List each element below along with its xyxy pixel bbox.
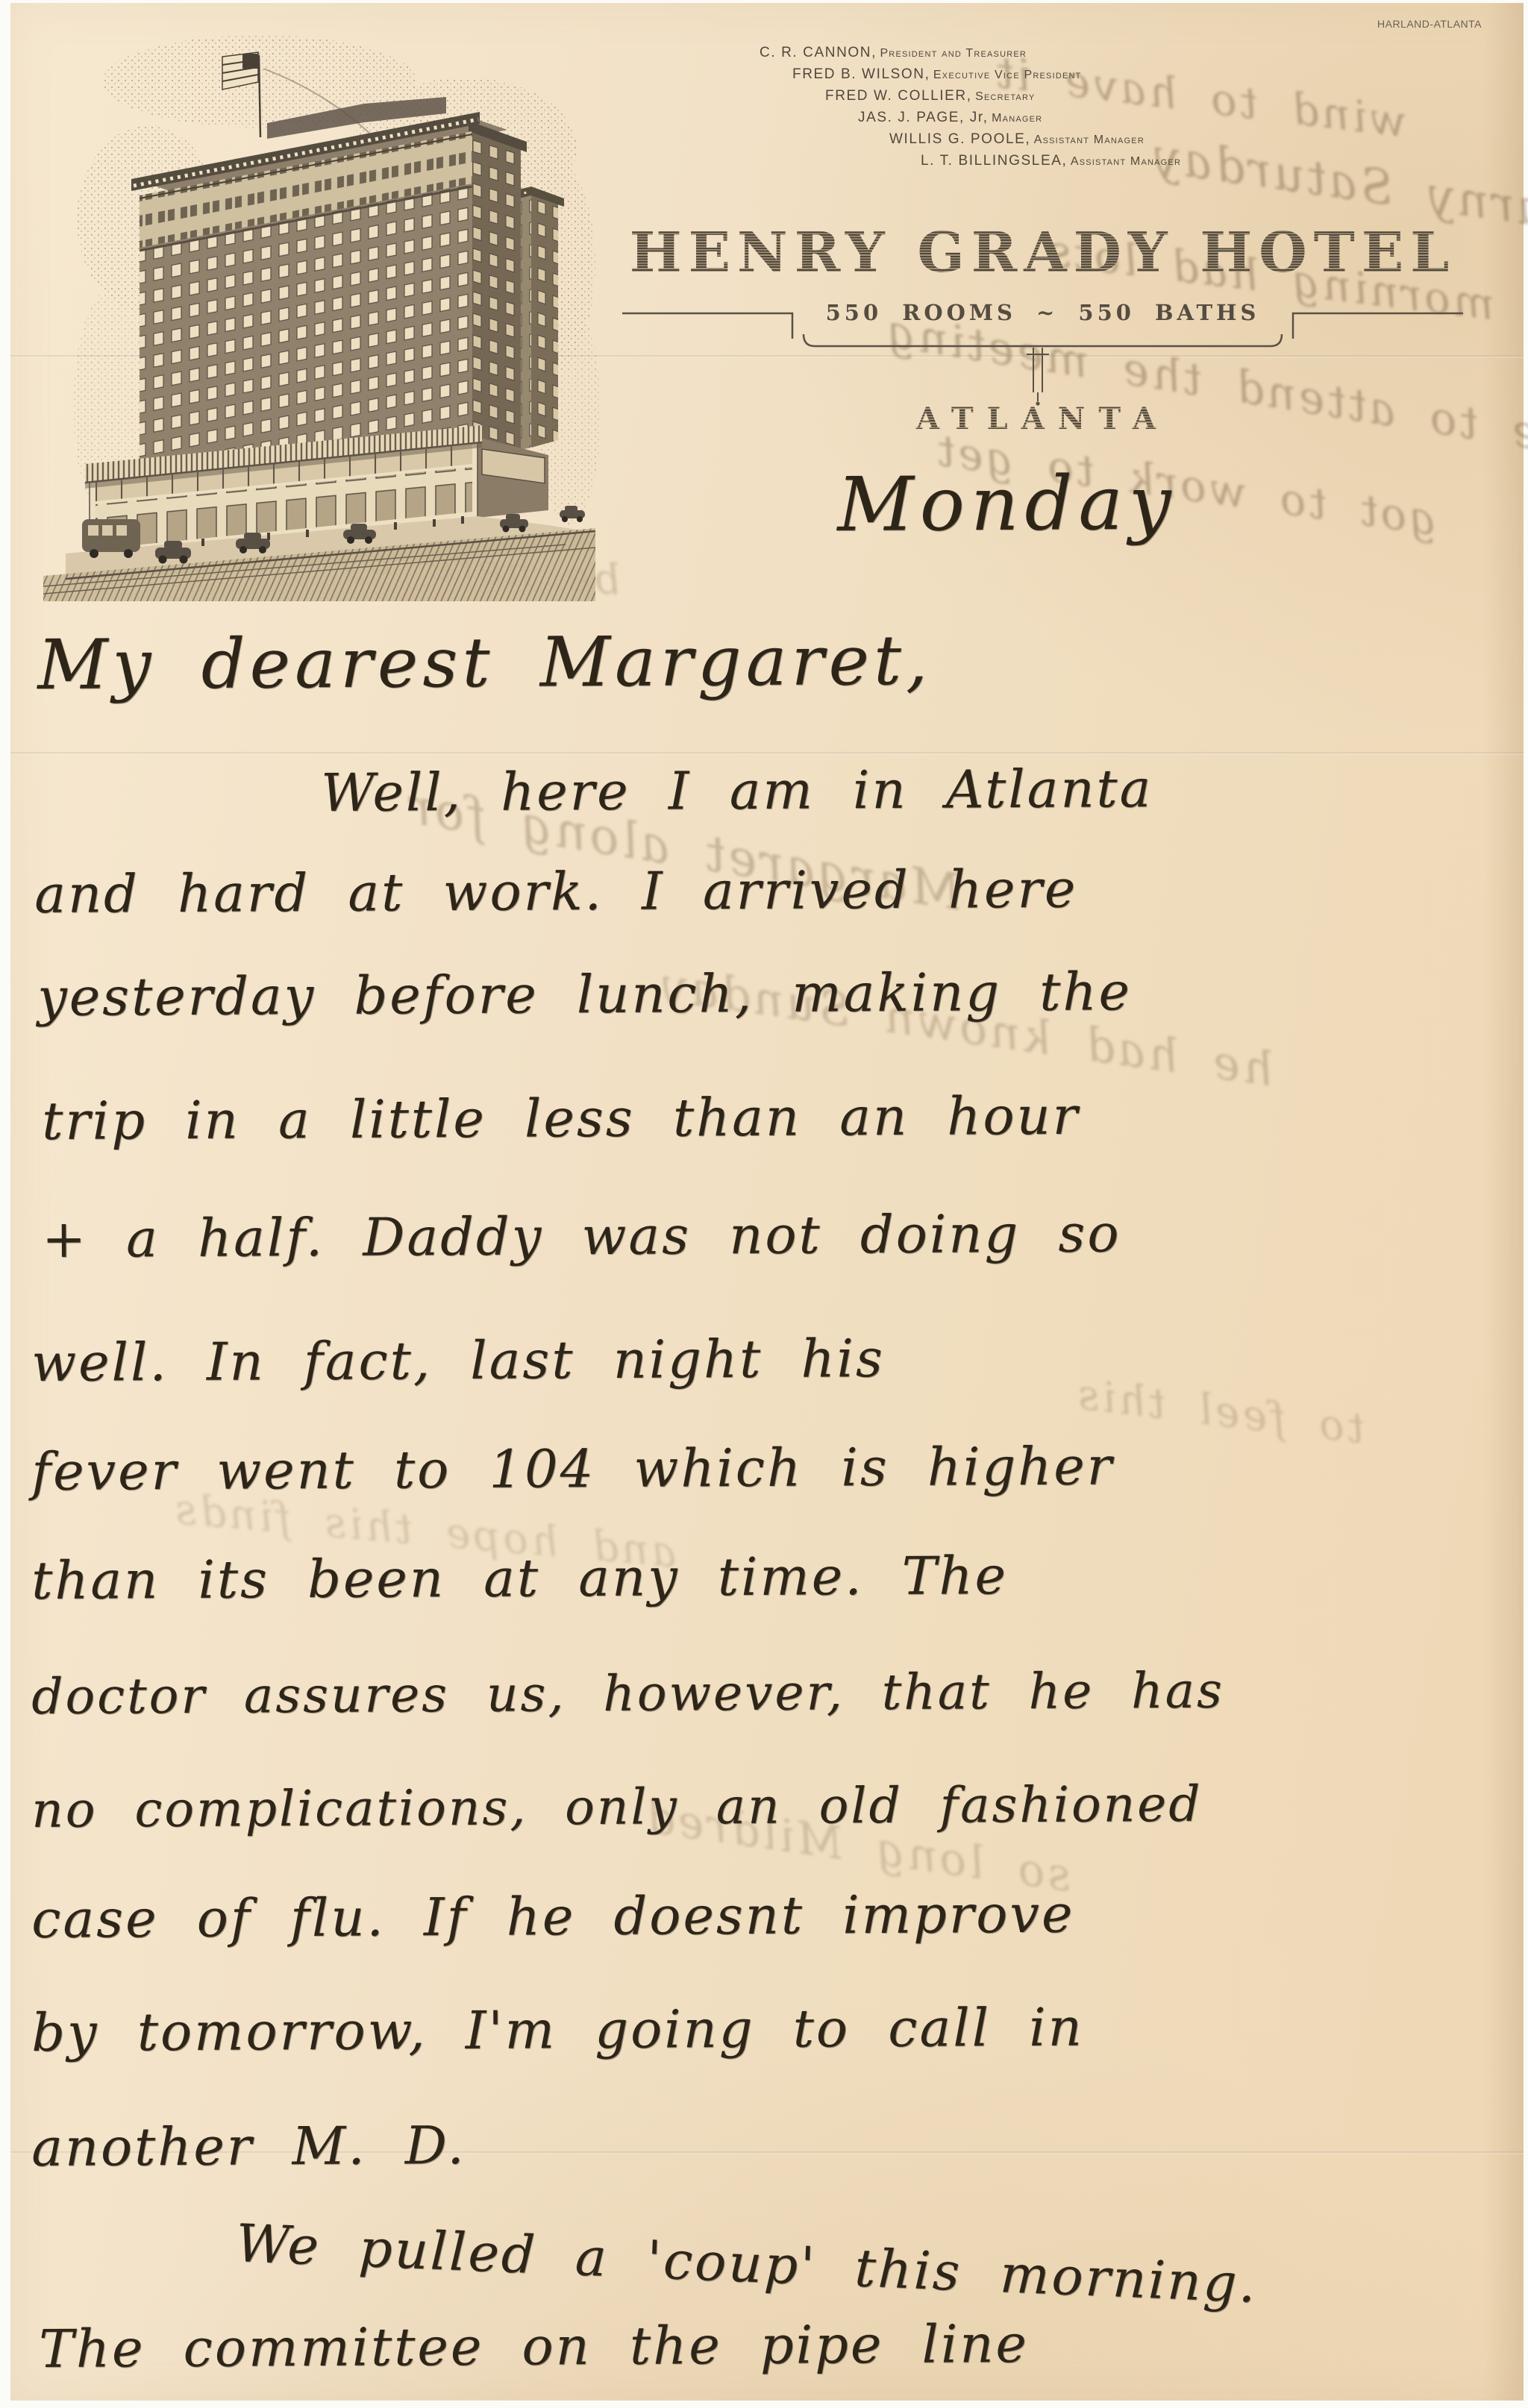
letter-line: than its been at any time. The [31, 1545, 1008, 1611]
officer-row: FRED W. COLLIER, Secretary [760, 88, 1181, 110]
officer-name: C. R. CANNON, [760, 45, 877, 60]
letter-line: + a half. Daddy was not doing so [42, 1203, 1121, 1270]
letter-line: doctor assures us, however, that he has [31, 1662, 1224, 1725]
officer-name: WILLIS G. POOLE, [889, 131, 1030, 147]
officer-title: Executive Vice President [933, 69, 1082, 81]
letter-line: by tomorrow, I'm going to call in [31, 1997, 1084, 2063]
officer-row: WILLIS G. POOLE, Assistant Manager [760, 131, 1181, 153]
letter-line: yesterday before lunch, making the [37, 961, 1132, 1028]
officer-title: Assistant Manager [1034, 134, 1145, 146]
officer-title: President and Treasurer [880, 47, 1027, 60]
printer-mark: HARLAND-ATLANTA [1377, 18, 1482, 30]
officer-name: FRED B. WILSON, [792, 66, 930, 82]
letter-scan-page: wind to have it Kearny Saturday this mor… [0, 0, 1528, 2408]
letter-line: and hard at work. I arrived here [34, 859, 1078, 925]
ornament-rule [619, 297, 1466, 409]
officer-row: C. R. CANNON, President and Treasurer [760, 45, 1181, 66]
officer-row: L. T. BILLINGSLEA, Assistant Manager [760, 153, 1181, 175]
officer-title: Manager [992, 112, 1042, 125]
letter-line: Well, here I am in Atlanta [321, 758, 1153, 824]
officers-list: C. R. CANNON, President and Treasurer FR… [760, 45, 1181, 175]
officer-title: Assistant Manager [1071, 155, 1181, 168]
letter-line: case of flu. If he doesnt improve [31, 1884, 1075, 1950]
officer-row: FRED B. WILSON, Executive Vice President [760, 66, 1181, 88]
officer-row: JAS. J. PAGE, Jr, Manager [760, 110, 1181, 131]
officer-name: L. T. BILLINGSLEA, [921, 153, 1067, 169]
salutation: My dearest Margaret, [37, 621, 932, 705]
hotel-name: HENRY GRADY HOTEL [619, 221, 1466, 285]
officer-name: JAS. J. PAGE, Jr, [858, 110, 989, 125]
letter-line: The committee on the pipe line [39, 2313, 1029, 2380]
officer-name: FRED W. COLLIER, [825, 88, 972, 104]
letter-line: no complications, only an old fashioned [31, 1775, 1203, 1839]
officer-title: Secretary [975, 90, 1035, 103]
hotel-building-illustration [43, 25, 603, 601]
city-name: ATLANTA [619, 401, 1466, 436]
letter-line: another M. D. [31, 2115, 466, 2178]
letter-line: well. In fact, last night his [31, 1328, 885, 1393]
letter-line: trip in a little less than an hour [42, 1085, 1080, 1152]
letter-line: fever went to 104 which is higher [31, 1435, 1114, 1502]
date-line: Monday [837, 460, 1177, 548]
